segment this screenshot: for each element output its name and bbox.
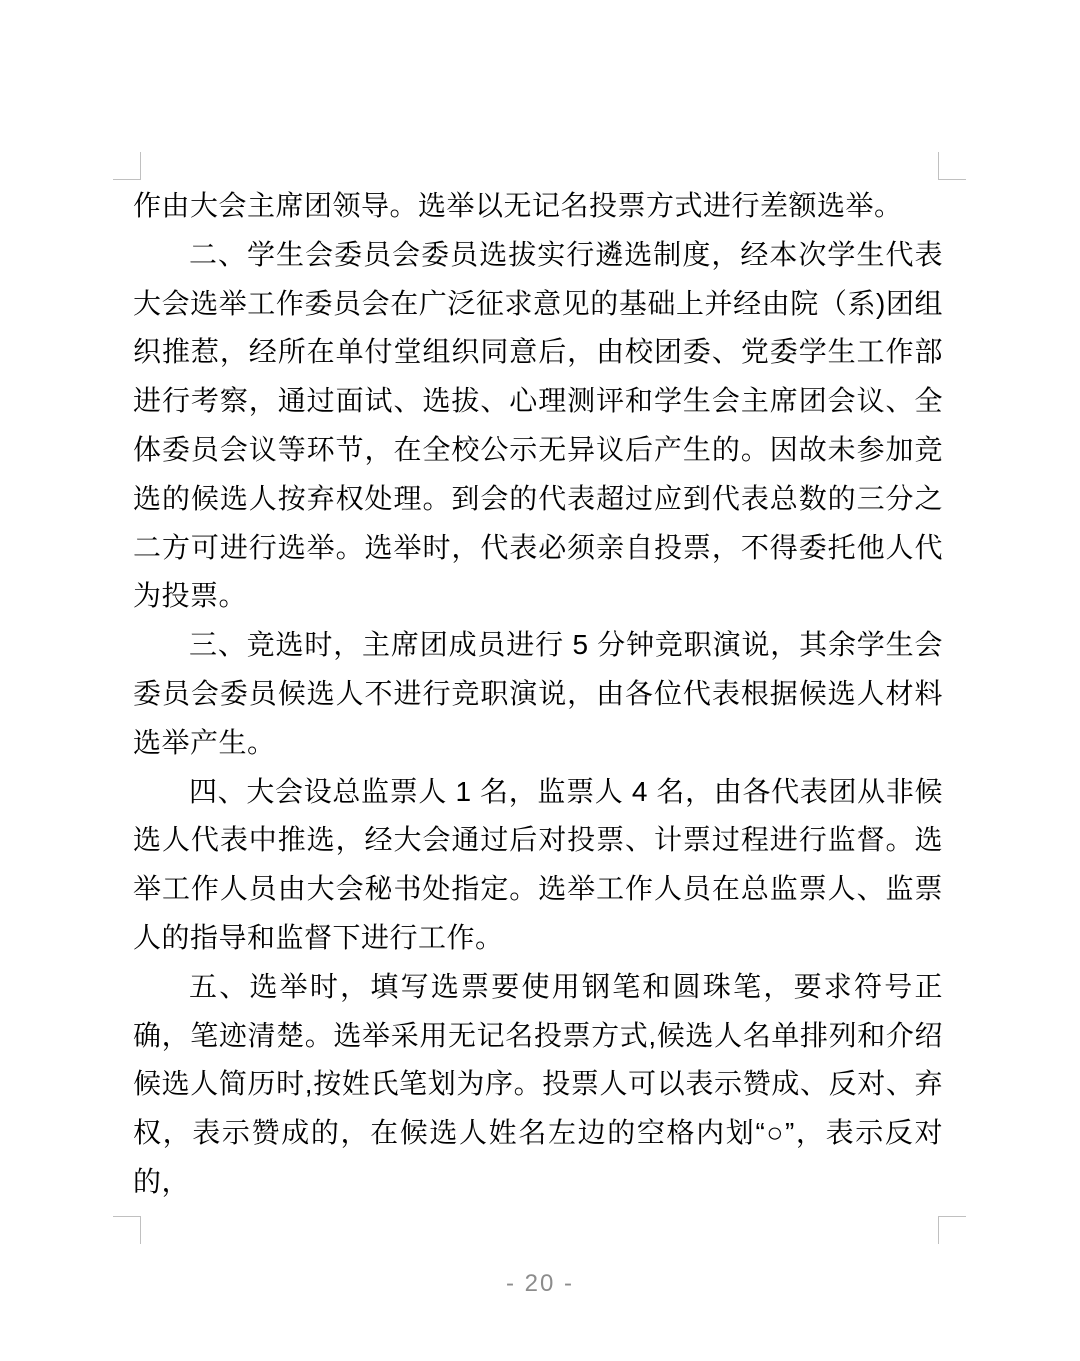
paragraph-item-4: 四、大会设总监票人 1 名，监票人 4 名，由各代表团从非候选人代表中推选，经大… (133, 768, 943, 963)
crop-mark-top-left (113, 152, 141, 180)
crop-mark-top-right (938, 152, 966, 180)
paragraph-item-5: 五、选举时，填写选票要使用钢笔和圆珠笔，要求符号正确，笔迹清楚。选举采用无记名投… (133, 963, 943, 1207)
crop-mark-bottom-right (938, 1216, 966, 1244)
document-body: 作由大会主席团领导。选举以无记名投票方式进行差额选举。 二、学生会委员会委员选拔… (133, 182, 943, 1207)
document-page: 作由大会主席团领导。选举以无记名投票方式进行差额选举。 二、学生会委员会委员选拔… (0, 0, 1080, 1361)
paragraph-item-3: 三、竞选时，主席团成员进行 5 分钟竞职演说，其余学生会委员会委员候选人不进行竞… (133, 621, 943, 767)
page-number: - 20 - (0, 1270, 1080, 1298)
paragraph-item-2: 二、学生会委员会委员选拔实行遴选制度，经本次学生代表大会选举工作委员会在广泛征求… (133, 231, 943, 621)
crop-mark-bottom-left (113, 1216, 141, 1244)
paragraph-continuation: 作由大会主席团领导。选举以无记名投票方式进行差额选举。 (133, 182, 943, 231)
